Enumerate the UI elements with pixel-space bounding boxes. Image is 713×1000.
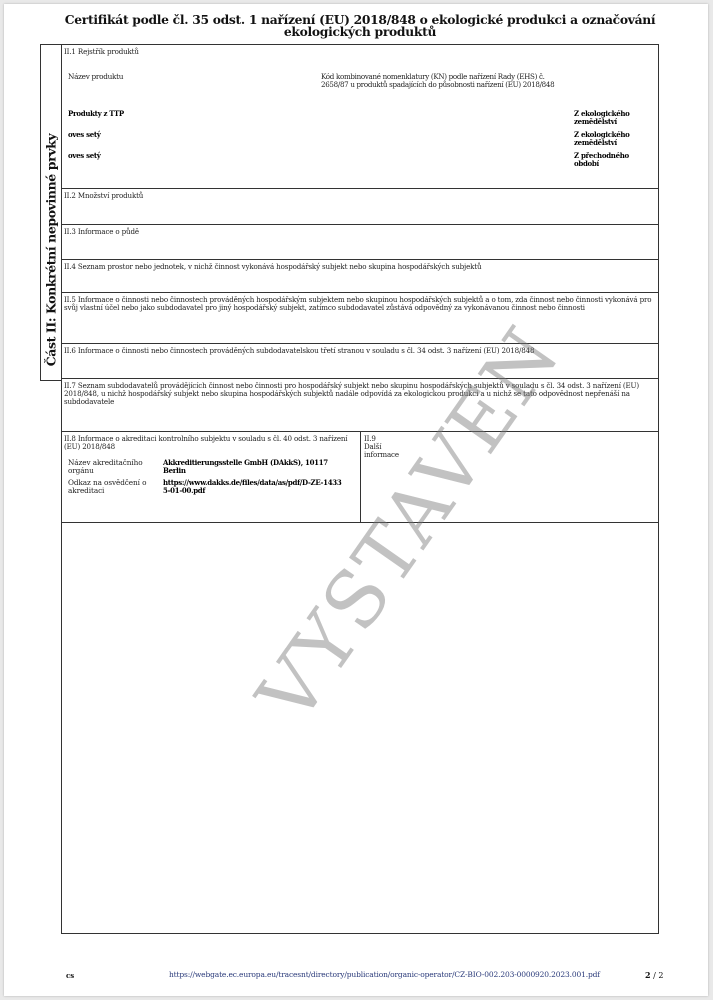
kn-code-header: Kód kombinované nomenklatury (KN) podle …: [321, 73, 571, 88]
product-name: oves setý: [68, 131, 101, 139]
product-name: oves setý: [68, 152, 101, 160]
page-total: / 2: [653, 971, 663, 980]
product-status: Z přechodného období: [574, 152, 644, 167]
footer-language: cs: [66, 971, 74, 980]
section-accreditation-row: II.8 Informace o akreditaci kontrolního …: [62, 432, 658, 523]
section-label: II.2 Množství produktů: [64, 192, 652, 200]
section-subcontractor-list: II.7 Seznam subdodavatelů provádějících …: [62, 379, 658, 432]
accreditation-body-label: Název akreditačního orgánu: [68, 459, 158, 475]
product-status: Z ekologického zemědělství: [574, 110, 644, 125]
accreditation-body-value: Akkreditierungsstelle GmbH (DAkkS), 1011…: [163, 459, 343, 475]
footer-url-link[interactable]: https://webgate.ec.europa.eu/tracesnt/di…: [169, 970, 600, 979]
section-label: II.3 Informace o půdě: [64, 228, 652, 236]
section-label: II.8 Informace o akreditaci kontrolního …: [64, 435, 356, 451]
product-name: Produkty z TTP: [68, 110, 124, 118]
page-current: 2: [645, 970, 651, 980]
section-subcontracted-activities: II.6 Informace o činnosti nebo činnostec…: [62, 344, 658, 379]
document-title: Certifikát podle čl. 35 odst. 1 nařízení…: [40, 14, 680, 38]
section-label: II.1 Rejstřík produktů: [64, 48, 652, 56]
product-name-header: Název produktu: [68, 73, 123, 81]
accreditation-link[interactable]: https://www.dakks.de/files/data/as/pdf/D…: [163, 479, 343, 495]
side-label: Část II: Konkrétní nepovinné prvky: [44, 134, 59, 367]
section-activities: II.5 Informace o činnosti nebo činnostec…: [62, 293, 658, 344]
section-premises-list: II.4 Seznam prostor nebo jednotek, v nic…: [62, 260, 658, 293]
page-number: 2 / 2: [645, 970, 663, 980]
section-label: II.5 Informace o činnosti nebo činnostec…: [64, 296, 652, 312]
side-label-column: Část II: Konkrétní nepovinné prvky: [40, 44, 62, 381]
section-label: II.6 Informace o činnosti nebo činnostec…: [64, 347, 652, 355]
accreditation-link-label: Odkaz na osvědčení o akreditaci: [68, 479, 158, 495]
product-status: Z ekologického zemědělství: [574, 131, 644, 146]
section-label: II.7 Seznam subdodavatelů provádějících …: [64, 382, 652, 406]
section-product-register: II.1 Rejstřík produktů Název produktu Kó…: [62, 45, 658, 189]
section-product-quantity: II.2 Množství produktů: [62, 189, 658, 225]
certificate-table: II.1 Rejstřík produktů Název produktu Kó…: [61, 44, 659, 934]
section-land-info: II.3 Informace o půdě: [62, 225, 658, 260]
section-label: II.4 Seznam prostor nebo jednotek, v nic…: [64, 263, 652, 271]
section-additional-info: II.9 Další informace: [360, 432, 361, 522]
